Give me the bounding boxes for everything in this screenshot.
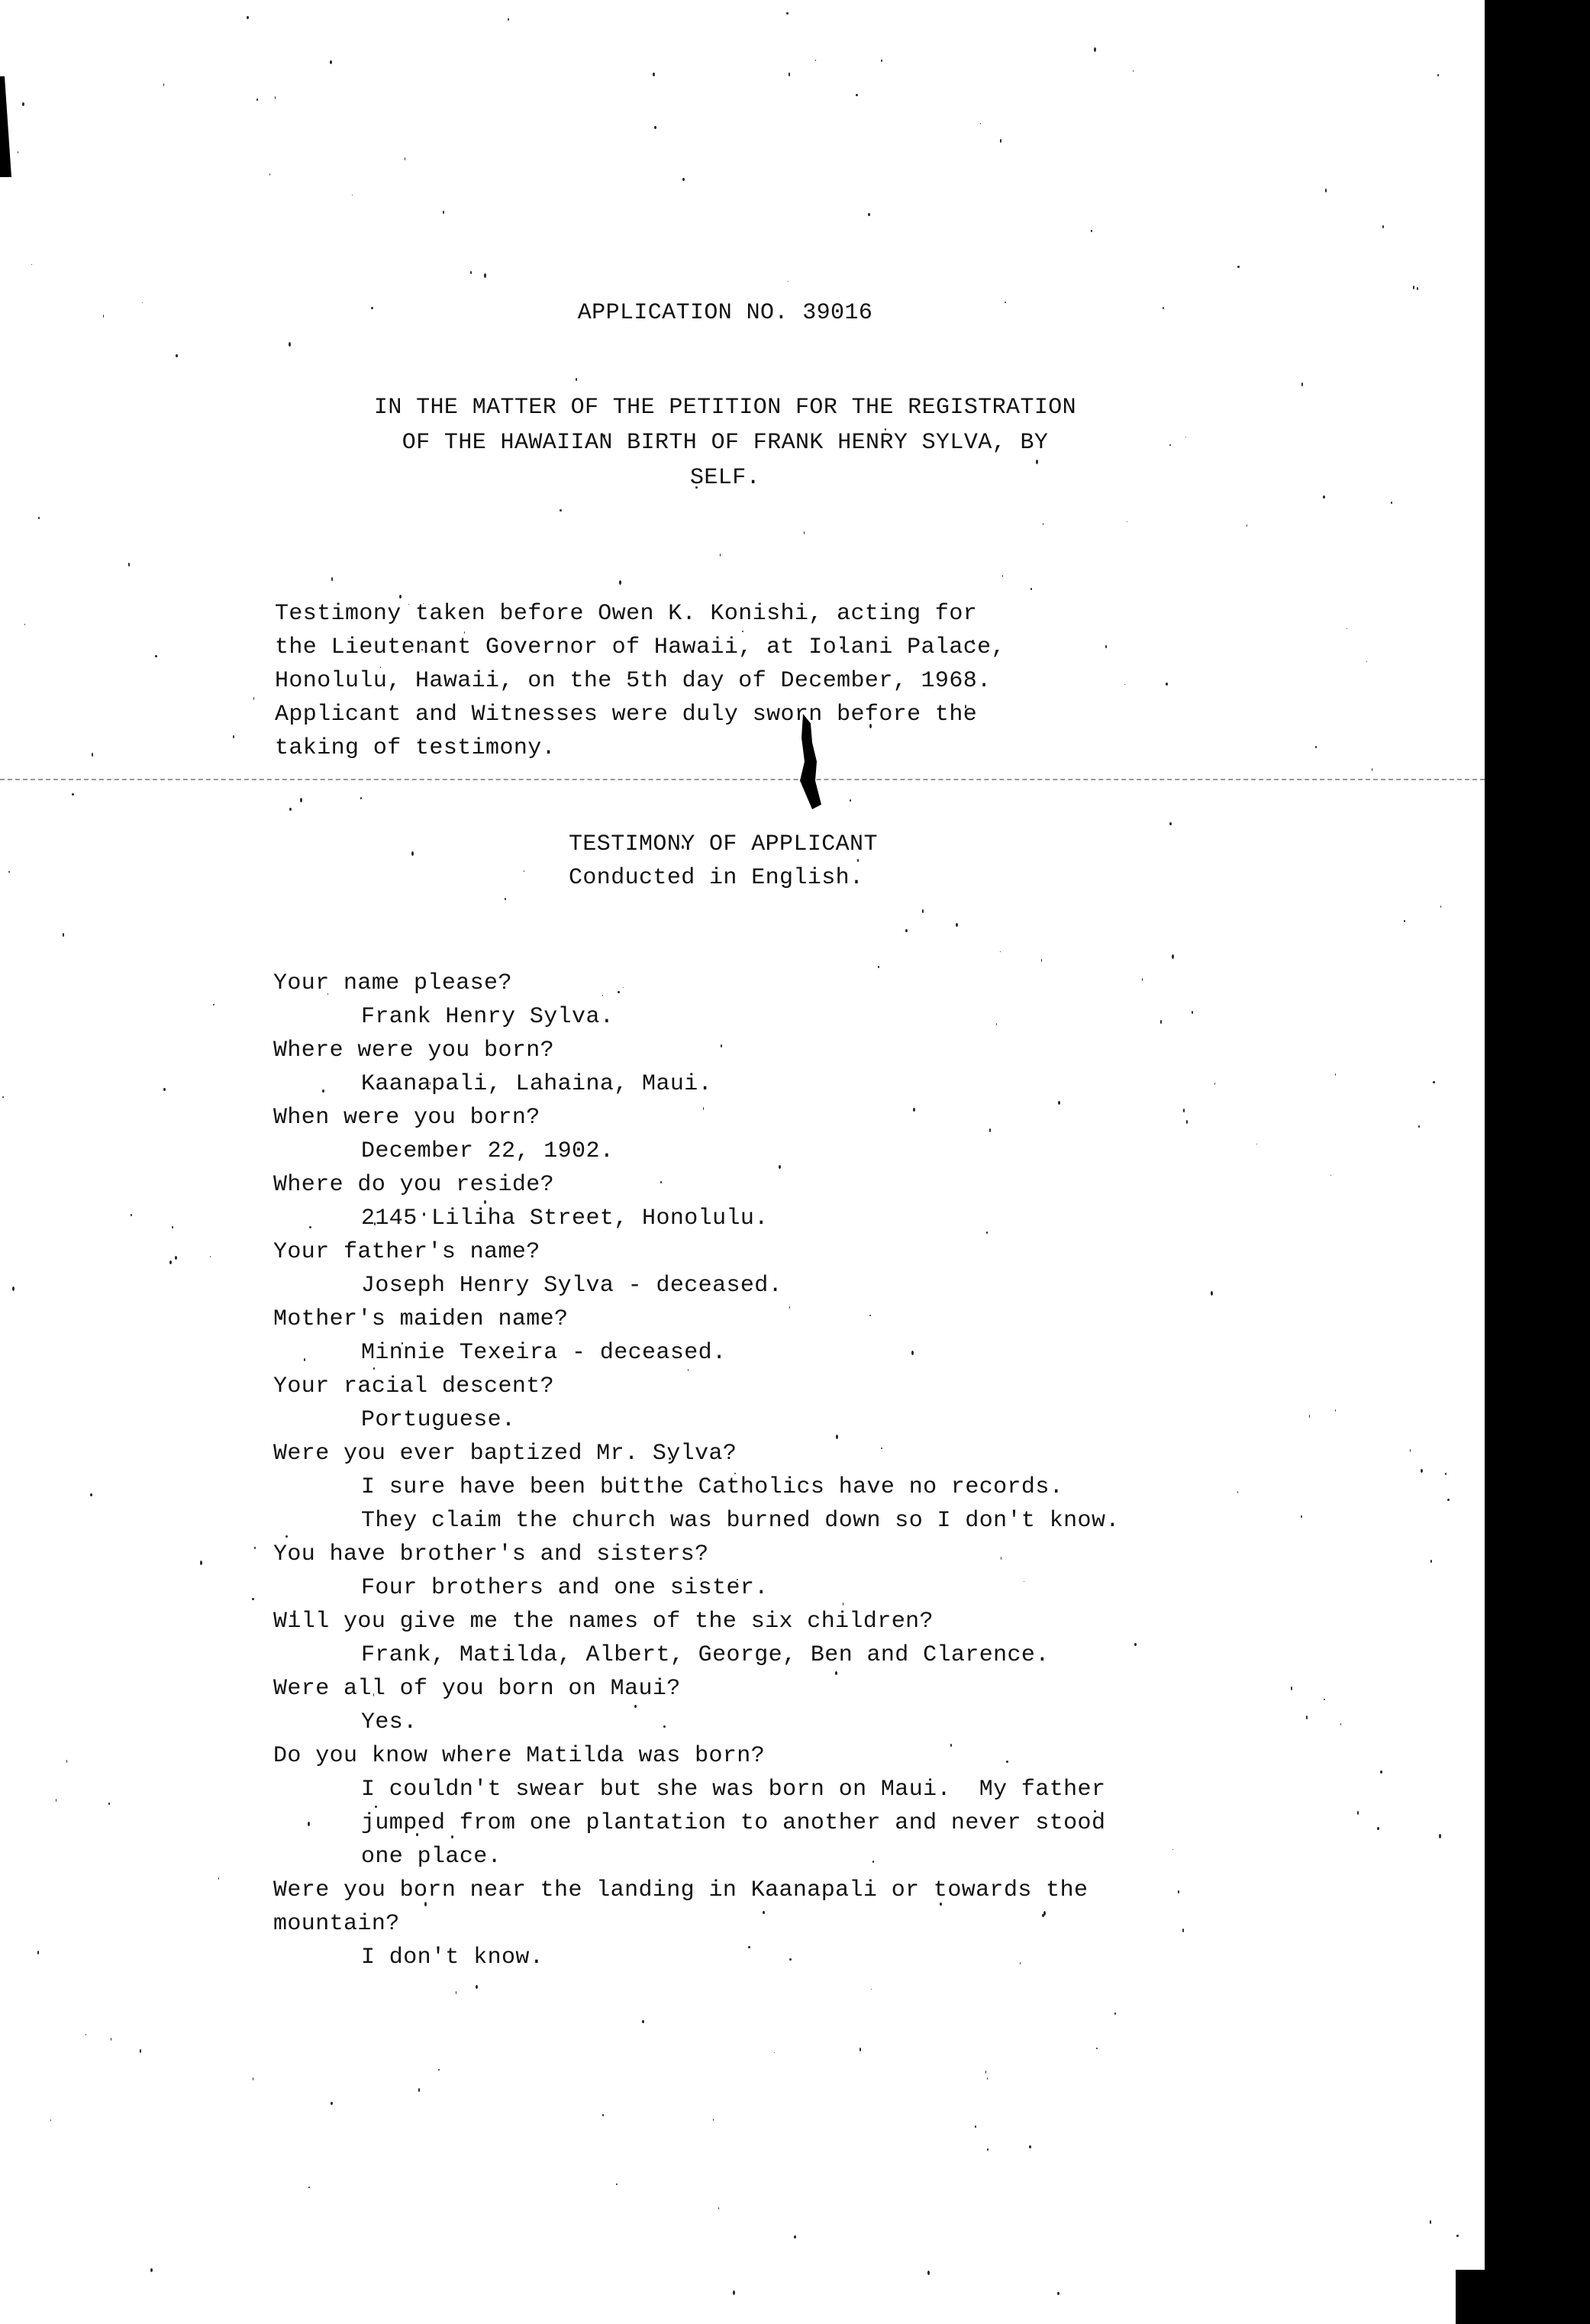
section-subheading: Conducted in English. (569, 864, 863, 892)
testimony-answer: Minnie Texeira - deceased. (273, 1336, 1120, 1370)
noise-speck (1096, 2048, 1098, 2049)
application-number-heading: APPLICATION NO. 39016 (0, 299, 1450, 327)
noise-speck (1030, 588, 1032, 590)
noise-speck (1382, 225, 1384, 228)
scan-border-right (1485, 0, 1590, 2324)
noise-speck (293, 1612, 295, 1616)
noise-speck (616, 2184, 618, 2185)
noise-speck (788, 281, 789, 282)
noise-speck (682, 845, 684, 849)
noise-speck (1380, 1770, 1382, 1774)
testimony-question: Do you know where Matilda was born? (273, 1739, 1120, 1773)
testimony-question: You have brother's and sisters? (273, 1538, 1120, 1571)
noise-speck (1105, 645, 1107, 648)
noise-speck (256, 98, 258, 101)
noise-speck (285, 1535, 288, 1538)
noise-speck (289, 808, 292, 811)
noise-speck (836, 1435, 838, 1439)
noise-speck (8, 871, 10, 873)
testimony-question: Where do you reside? (273, 1168, 1120, 1202)
testimony-answer: Frank, Matilda, Albert, George, Ben and … (273, 1638, 1120, 1672)
noise-speck (1142, 978, 1143, 981)
noise-speck (815, 60, 816, 61)
noise-speck (375, 1806, 377, 1808)
noise-speck (281, 1452, 282, 1455)
testimony-question: Your racial descent? (273, 1370, 1120, 1403)
noise-speck (456, 1991, 456, 1994)
noise-speck (1437, 74, 1439, 76)
noise-speck (1430, 1560, 1432, 1563)
intro-line: taking of testimony. (275, 731, 1005, 765)
noise-speck (1335, 1409, 1336, 1412)
noise-speck (871, 1989, 872, 1990)
noise-speck (380, 667, 381, 668)
noise-speck (1330, 1175, 1331, 1176)
noise-speck (175, 1256, 177, 1260)
noise-speck (1256, 1144, 1257, 1144)
noise-speck (922, 909, 924, 913)
noise-speck (623, 987, 624, 988)
noise-speck (1323, 495, 1325, 499)
noise-speck (373, 1367, 375, 1370)
noise-speck (1029, 2145, 1031, 2148)
noise-speck (972, 640, 974, 644)
noise-speck (950, 1744, 952, 1747)
noise-speck (1372, 768, 1372, 771)
noise-speck (309, 1226, 311, 1228)
noise-speck (269, 173, 270, 176)
noise-speck (90, 1493, 92, 1496)
noise-speck (2, 1096, 4, 1098)
noise-speck (172, 1226, 173, 1228)
noise-speck (38, 517, 40, 519)
noise-speck (720, 554, 721, 557)
noise-speck (176, 354, 178, 357)
noise-speck (642, 2020, 644, 2023)
testimony-question: Were you ever baptized Mr. Sylva? (273, 1437, 1120, 1470)
testimony-question: mountain? (273, 1907, 1120, 1941)
noise-speck (31, 264, 32, 265)
noise-speck (868, 213, 870, 216)
noise-speck (438, 2069, 440, 2071)
noise-speck (150, 2268, 153, 2272)
noise-speck (1418, 1125, 1420, 1128)
noise-speck (789, 1958, 792, 1961)
noise-speck (1366, 661, 1367, 662)
noise-speck (774, 2052, 775, 2053)
noise-speck (1000, 951, 1001, 952)
noise-speck (619, 580, 621, 585)
noise-speck (406, 1954, 407, 1957)
noise-speck (869, 724, 872, 728)
scan-border-foot (1456, 2270, 1501, 2324)
noise-speck (1160, 1020, 1162, 1024)
noise-speck (418, 2088, 420, 2092)
noise-speck (1433, 1081, 1435, 1083)
noise-speck (688, 1369, 689, 1371)
testimony-answer: I don't know. (273, 1941, 1120, 1974)
noise-speck (789, 1306, 790, 1309)
intro-paragraph: Testimony taken before Owen K. Konishi, … (275, 597, 1005, 765)
noise-speck (1006, 1761, 1008, 1763)
noise-speck (1091, 230, 1092, 232)
noise-speck (604, 434, 605, 437)
testimony-answer: They claim the church was burned down so… (273, 1504, 1120, 1538)
noise-speck (1134, 1643, 1137, 1646)
noise-speck (327, 993, 328, 995)
noise-speck (695, 486, 698, 489)
noise-speck (1036, 460, 1038, 464)
noise-speck (1133, 70, 1134, 72)
noise-speck (975, 2125, 976, 2128)
noise-speck (1391, 502, 1392, 504)
noise-speck (163, 83, 164, 86)
noise-speck (360, 797, 362, 799)
noise-speck (927, 2271, 930, 2275)
noise-speck (1169, 822, 1172, 825)
noise-speck (1001, 1557, 1001, 1560)
noise-speck (1002, 575, 1003, 577)
testimony-answer: December 22, 1902. (273, 1135, 1120, 1168)
noise-speck (1000, 139, 1001, 143)
noise-speck (987, 2077, 988, 2080)
noise-speck (1024, 1581, 1024, 1582)
noise-speck (169, 1260, 172, 1264)
testimony-answer: I couldn't swear but she was born on Mau… (273, 1773, 1120, 1806)
intro-line: Honolulu, Hawaii, on the 5th day of Dece… (275, 664, 1005, 698)
noise-speck (508, 18, 509, 21)
noise-speck (142, 302, 143, 303)
noise-speck (451, 1835, 453, 1838)
noise-speck (1447, 1499, 1450, 1501)
noise-speck (247, 16, 249, 19)
noise-speck (1041, 959, 1042, 962)
noise-speck (985, 2071, 986, 2074)
petition-title-line-2: OF THE HAWAIIAN BIRTH OF FRANK HENRY SYL… (0, 429, 1450, 457)
noise-speck (840, 647, 843, 649)
noise-speck (546, 1084, 547, 1088)
noise-speck (850, 799, 851, 802)
noise-speck (653, 73, 655, 76)
noise-speck (1178, 1890, 1179, 1893)
noise-speck (1192, 1011, 1193, 1014)
noise-speck (913, 1108, 915, 1112)
noise-speck (1456, 2235, 1459, 2237)
noise-speck (411, 851, 414, 856)
noise-speck (24, 624, 25, 625)
noise-speck (911, 1351, 914, 1355)
noise-speck (1124, 684, 1125, 685)
noise-speck (253, 697, 254, 700)
noise-speck (1421, 1469, 1423, 1473)
noise-speck (996, 1023, 997, 1025)
petition-title-line-3: SELF. (0, 464, 1450, 492)
noise-speck (92, 753, 93, 757)
noise-speck (50, 2119, 51, 2121)
noise-speck (860, 2048, 861, 2051)
noise-speck (718, 2207, 719, 2209)
noise-speck (505, 898, 506, 900)
testimony-question: Where were you born? (273, 1034, 1120, 1067)
noise-speck (713, 2119, 714, 2121)
noise-speck (1058, 1101, 1060, 1105)
testimony-question: Were all of you born on Maui? (273, 1672, 1120, 1706)
noise-speck (1163, 307, 1164, 309)
noise-speck (18, 151, 18, 153)
noise-speck (748, 1946, 750, 1948)
noise-speck (63, 933, 64, 937)
noise-speck (72, 793, 74, 796)
noise-speck (959, 608, 960, 609)
noise-speck (330, 60, 332, 64)
noise-speck (905, 929, 908, 932)
noise-speck (1430, 2220, 1431, 2224)
noise-speck (624, 1477, 626, 1480)
noise-speck (300, 798, 302, 802)
noise-speck (213, 1004, 214, 1005)
noise-speck (1309, 1415, 1310, 1418)
noise-speck (1301, 1515, 1302, 1518)
noise-speck (430, 1082, 431, 1085)
noise-speck (103, 315, 104, 318)
noise-speck (1183, 1109, 1185, 1112)
noise-speck (1324, 1699, 1325, 1700)
noise-speck (703, 1107, 704, 1110)
noise-speck (742, 631, 743, 632)
noise-speck (405, 157, 405, 160)
noise-speck (1410, 1449, 1411, 1452)
noise-speck (331, 2102, 333, 2105)
noise-speck (253, 2077, 253, 2080)
noise-speck (1335, 1073, 1336, 1076)
noise-speck (218, 1877, 219, 1880)
scan-edge-mark (0, 76, 11, 177)
noise-speck (878, 966, 879, 968)
intro-line: the Lieutenant Governor of Hawaii, at Io… (275, 631, 1005, 664)
noise-speck (1417, 287, 1418, 290)
noise-speck (1043, 523, 1043, 525)
noise-speck (1301, 382, 1303, 386)
testimony-question: Were you born near the landing in Kaanap… (273, 1874, 1120, 1907)
noise-speck (881, 1448, 882, 1449)
testimony-answer: Kaanapali, Lahaina, Maui. (273, 1067, 1120, 1101)
noise-speck (903, 1618, 904, 1620)
noise-speck (682, 178, 685, 181)
noise-speck (322, 1089, 324, 1093)
noise-speck (155, 655, 157, 657)
noise-speck (399, 595, 402, 599)
noise-speck (524, 870, 524, 872)
testimony-question: Will you give me the names of the six ch… (273, 1605, 1120, 1638)
testimony-answer: Four brothers and one sister. (273, 1571, 1120, 1605)
noise-speck (1306, 1716, 1308, 1719)
noise-speck (789, 73, 790, 76)
noise-speck (989, 1128, 991, 1132)
noise-speck (1315, 746, 1317, 748)
noise-speck (1166, 683, 1168, 686)
noise-speck (280, 1315, 282, 1320)
noise-speck (856, 94, 858, 96)
noise-speck (835, 1671, 837, 1675)
noise-speck (1094, 1810, 1096, 1812)
noise-speck (416, 1833, 418, 1836)
noise-speck (663, 1725, 666, 1728)
intro-line: Applicant and Witnesses were duly sworn … (275, 698, 1005, 731)
noise-speck (1169, 444, 1171, 446)
testimony-answer: one place. (273, 1840, 1120, 1874)
noise-speck (464, 631, 465, 634)
noise-speck (484, 1200, 486, 1204)
noise-speck (1347, 628, 1347, 629)
noise-speck (1057, 2292, 1059, 2295)
noise-speck (275, 96, 276, 99)
noise-speck (654, 126, 656, 129)
noise-speck (986, 1231, 988, 1234)
noise-speck (869, 1315, 871, 1316)
noise-speck (128, 563, 130, 566)
noise-speck (1172, 954, 1174, 959)
noise-speck (254, 1547, 256, 1549)
noise-speck (1439, 1834, 1441, 1838)
noise-speck (423, 1212, 425, 1216)
testimony-answer: 2145 Liliha Street, Honolulu. (273, 1202, 1120, 1235)
noise-speck (965, 705, 966, 708)
noise-speck (779, 1165, 781, 1169)
noise-speck (1445, 1473, 1446, 1475)
noise-speck (1127, 521, 1127, 522)
noise-speck (108, 1803, 110, 1805)
noise-speck (602, 2114, 604, 2116)
section-heading: TESTIMONY OF APPLICANT (569, 831, 878, 858)
noise-speck (1237, 1491, 1238, 1493)
noise-speck (85, 2034, 86, 2035)
noise-speck (736, 1652, 737, 1654)
noise-speck (402, 1342, 403, 1344)
noise-speck (476, 1985, 478, 1989)
noise-speck (602, 995, 603, 996)
noise-speck (408, 604, 409, 605)
noise-speck (308, 2187, 310, 2188)
noise-speck (551, 1816, 553, 1819)
noise-speck (304, 1358, 305, 1361)
noise-speck (421, 649, 423, 650)
noise-speck (794, 2235, 796, 2238)
noise-speck (1214, 1083, 1215, 1085)
petition-title-line-1: IN THE MATTER OF THE PETITION FOR THE RE… (0, 394, 1450, 421)
noise-speck (1291, 1687, 1292, 1690)
noise-speck (1377, 1827, 1379, 1830)
noise-speck (484, 273, 486, 278)
noise-speck (669, 1457, 671, 1460)
testimony-answer: Frank Henry Sylva. (273, 1000, 1120, 1034)
noise-speck (140, 2049, 141, 2053)
noise-speck (980, 123, 981, 124)
noise-speck (66, 1760, 67, 1763)
noise-speck (1182, 1929, 1184, 1932)
noise-speck (1440, 905, 1441, 908)
noise-speck (200, 1561, 202, 1565)
noise-speck (940, 1903, 942, 1906)
testimony-list: Your name please?Frank Henry Sylva.Where… (273, 967, 1120, 1974)
noise-speck (424, 1902, 427, 1906)
noise-speck (22, 102, 24, 106)
noise-speck (560, 509, 562, 512)
noise-speck (289, 342, 291, 347)
testimony-answer: I sure have been butthe Catholics have n… (273, 1470, 1120, 1504)
noise-speck (1237, 266, 1240, 268)
noise-speck (634, 1705, 637, 1708)
noise-speck (1172, 1849, 1173, 1850)
testimony-answer: Yes. (273, 1706, 1120, 1739)
noise-speck (352, 195, 353, 195)
noise-speck (1043, 1911, 1046, 1916)
noise-speck (233, 735, 234, 738)
fold-crease-line (0, 779, 1485, 780)
testimony-question: Mother's maiden name? (273, 1302, 1120, 1336)
testimony-answer: jumped from one plantation to another an… (273, 1806, 1120, 1840)
intro-line: Testimony taken before Owen K. Konishi, … (275, 597, 1005, 631)
noise-speck (987, 2148, 989, 2151)
noise-speck (1404, 920, 1405, 922)
noise-speck (1005, 302, 1006, 303)
noise-speck (804, 531, 805, 534)
noise-speck (1247, 525, 1247, 527)
noise-speck (1094, 47, 1096, 52)
noise-speck (319, 1113, 320, 1116)
noise-speck (660, 1181, 662, 1183)
noise-speck (763, 1911, 765, 1914)
testimony-question: When were you born? (273, 1101, 1120, 1135)
noise-speck (576, 378, 577, 381)
noise-speck (734, 1473, 736, 1474)
noise-speck (371, 307, 373, 309)
noise-speck (443, 211, 444, 214)
noise-speck (308, 1822, 310, 1826)
noise-speck (131, 1214, 132, 1216)
testimony-question: Your father's name? (273, 1235, 1120, 1269)
noise-speck (1186, 1120, 1188, 1124)
noise-speck (1020, 1962, 1021, 1964)
noise-speck (331, 577, 333, 581)
noise-speck (252, 1598, 254, 1600)
noise-speck (733, 2290, 735, 2295)
noise-speck (721, 1044, 722, 1047)
noise-speck (163, 1088, 166, 1091)
testimony-answer: Portuguese. (273, 1403, 1120, 1437)
noise-speck (1413, 286, 1414, 289)
noise-speck (885, 428, 886, 431)
noise-speck (857, 859, 859, 862)
noise-speck (37, 1951, 39, 1954)
noise-speck (12, 1286, 15, 1291)
testimony-answer: Joseph Henry Sylva - deceased. (273, 1269, 1120, 1302)
noise-speck (618, 991, 620, 993)
noise-speck (786, 12, 789, 15)
testimony-question: Your name please? (273, 967, 1120, 1000)
noise-speck (210, 1256, 211, 1257)
noise-speck (374, 1222, 376, 1225)
noise-speck (470, 271, 472, 274)
noise-speck (423, 603, 424, 604)
noise-speck (1340, 1723, 1341, 1725)
noise-speck (1185, 437, 1186, 437)
noise-speck (1211, 1291, 1213, 1296)
noise-speck (56, 1799, 56, 1802)
noise-speck (111, 2038, 111, 2041)
noise-speck (881, 60, 882, 62)
noise-speck (737, 1579, 738, 1580)
noise-speck (843, 1603, 843, 1606)
